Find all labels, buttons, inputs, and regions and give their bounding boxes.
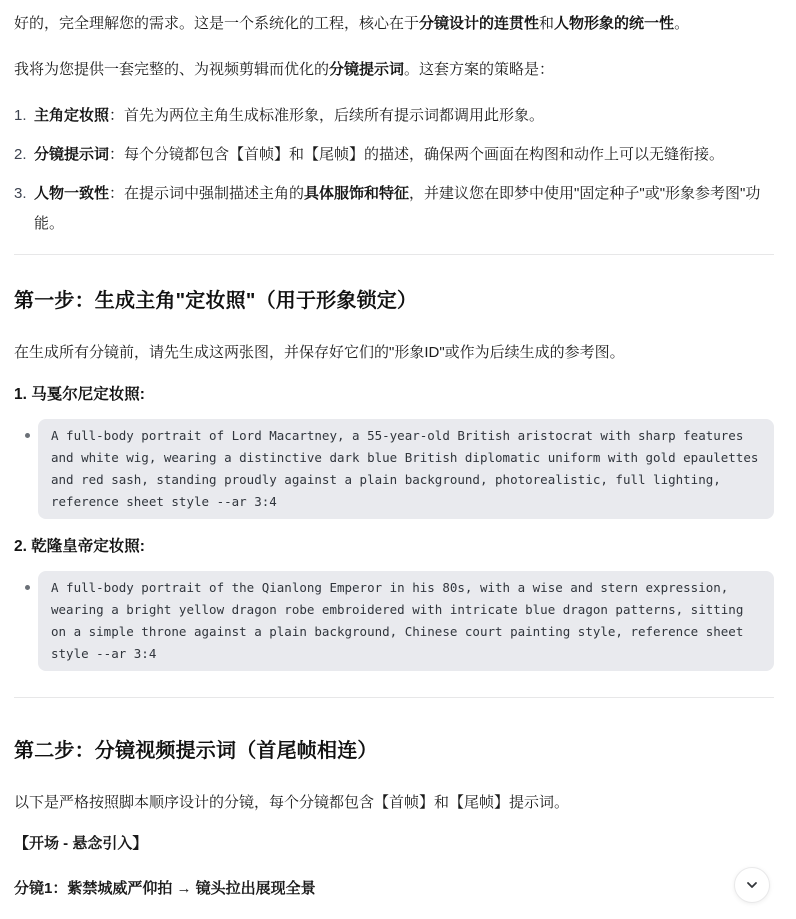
step2-intro: 以下是严格按照脚本顺序设计的分镜，每个分镜都包含【首帧】和【尾帧】提示词。 bbox=[14, 788, 774, 817]
bullet-column bbox=[14, 571, 38, 671]
list-item-number: 2. bbox=[14, 140, 34, 170]
text-run: ：首先为两位主角生成标准形象，后续所有提示词都调用此形象。 bbox=[109, 107, 544, 124]
step1-heading: 第一步：生成主角"定妆照"（用于形象锁定） bbox=[14, 288, 774, 314]
bullet-icon bbox=[25, 585, 30, 590]
assistant-message: 好的，完全理解您的需求。这是一个系统化的工程，核心在于分镜设计的连贯性和人物形象… bbox=[0, 0, 796, 901]
list-item-number: 1. bbox=[14, 101, 34, 131]
text-run: 我将为您提供一套完整的、为视频剪辑而优化的 bbox=[14, 61, 329, 78]
prompt-list-item: A full-body portrait of the Qianlong Emp… bbox=[14, 571, 774, 671]
intro-paragraph-2: 我将为您提供一套完整的、为视频剪辑而优化的分镜提示词。这套方案的策略是： bbox=[14, 55, 774, 84]
list-item: 3. 人物一致性：在提示词中强制描述主角的具体服饰和特征，并建议您在即梦中使用"… bbox=[14, 179, 774, 239]
shot1-title: 分镜1：紫禁城威严仰拍 → 镜头拉出展现全景 bbox=[14, 876, 774, 901]
step2-heading: 第二步：分镜视频提示词（首尾帧相连） bbox=[14, 738, 774, 764]
bold-text: 主角定妆照 bbox=[34, 107, 109, 124]
text-run: ：在提示词中强制描述主角的 bbox=[109, 185, 304, 202]
bold-text: 人物形象的统一性 bbox=[554, 15, 674, 32]
bold-text: 分镜提示词 bbox=[34, 146, 109, 163]
scroll-to-bottom-button[interactable] bbox=[734, 867, 770, 903]
bullet-column bbox=[14, 419, 38, 519]
bold-text: 具体服饰和特征 bbox=[304, 185, 409, 202]
intro-paragraph-1: 好的，完全理解您的需求。这是一个系统化的工程，核心在于分镜设计的连贯性和人物形象… bbox=[14, 9, 774, 38]
list-item-number: 3. bbox=[14, 179, 34, 239]
step1-intro: 在生成所有分镜前，请先生成这两张图，并保存好它们的"形象ID"或作为后续生成的参… bbox=[14, 338, 774, 367]
text-run: 。 bbox=[674, 15, 689, 32]
bold-text: 分镜设计的连贯性 bbox=[419, 15, 539, 32]
list-item-text: 人物一致性：在提示词中强制描述主角的具体服饰和特征，并建议您在即梦中使用"固定种… bbox=[34, 179, 774, 239]
list-item-text: 分镜提示词：每个分镜都包含【首帧】和【尾帧】的描述，确保两个画面在构图和动作上可… bbox=[34, 140, 774, 170]
section-divider bbox=[14, 697, 774, 698]
text-run: 。这套方案的策略是： bbox=[404, 61, 554, 78]
step1-item2-label: 2. 乾隆皇帝定妆照: bbox=[14, 535, 774, 559]
section-divider bbox=[14, 254, 774, 255]
prompt-list-item: A full-body portrait of Lord Macartney, … bbox=[14, 419, 774, 519]
text-run: 和 bbox=[539, 15, 554, 32]
list-item: 2. 分镜提示词：每个分镜都包含【首帧】和【尾帧】的描述，确保两个画面在构图和动… bbox=[14, 140, 774, 170]
scene-tag: 【开场 - 悬念引入】 bbox=[14, 831, 774, 856]
qianlong-prompt-code-block: A full-body portrait of the Qianlong Emp… bbox=[38, 571, 774, 671]
step1-item1-label: 1. 马戛尔尼定妆照: bbox=[14, 383, 774, 407]
chevron-down-icon bbox=[745, 878, 759, 892]
text-run: 好的，完全理解您的需求。这是一个系统化的工程，核心在于 bbox=[14, 15, 419, 32]
text-run: ：每个分镜都包含【首帧】和【尾帧】的描述，确保两个画面在构图和动作上可以无缝衔接… bbox=[109, 146, 724, 163]
list-item: 1. 主角定妆照：首先为两位主角生成标准形象，后续所有提示词都调用此形象。 bbox=[14, 101, 774, 131]
bold-text: 人物一致性 bbox=[34, 185, 109, 202]
bold-text: 分镜提示词 bbox=[329, 61, 404, 78]
bullet-icon bbox=[25, 433, 30, 438]
macartney-prompt-code-block: A full-body portrait of Lord Macartney, … bbox=[38, 419, 774, 519]
list-item-text: 主角定妆照：首先为两位主角生成标准形象，后续所有提示词都调用此形象。 bbox=[34, 101, 774, 131]
strategy-list: 1. 主角定妆照：首先为两位主角生成标准形象，后续所有提示词都调用此形象。 2.… bbox=[14, 101, 774, 239]
